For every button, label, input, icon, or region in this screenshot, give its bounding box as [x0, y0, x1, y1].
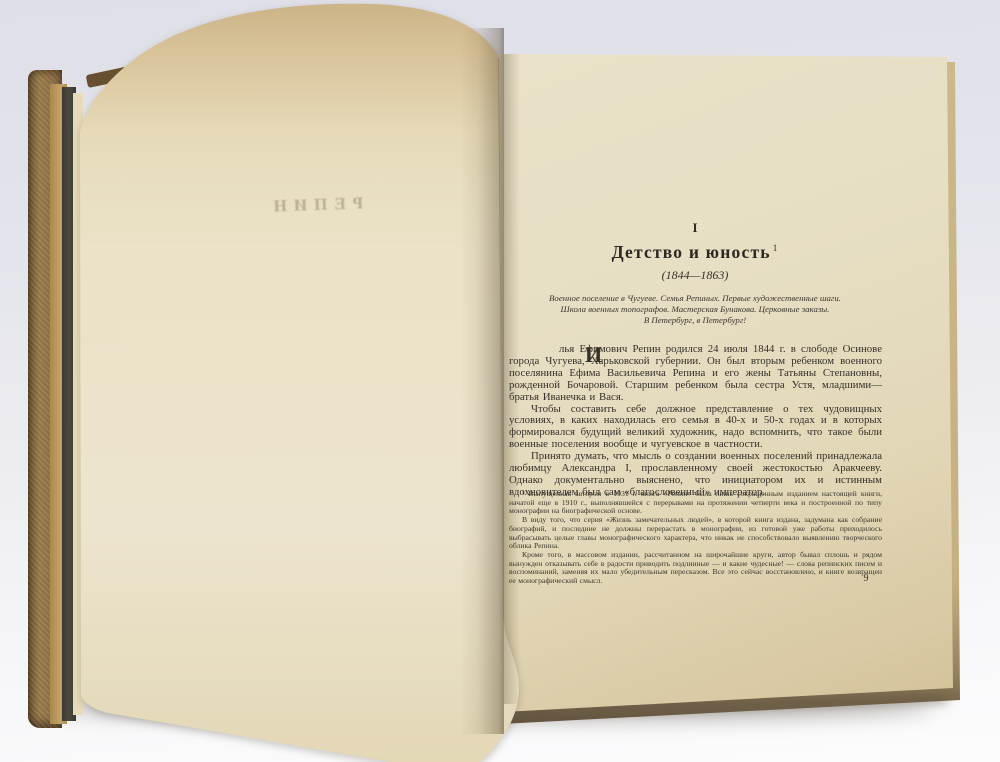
footnote: ¹ Выпущенная автором в 1931 г. книга «Ре… — [509, 490, 882, 586]
epigraph-line: Военное поселение в Чугуеве. Семья Репин… — [545, 293, 845, 304]
paragraph: Илья Ефимович Репин родился 24 июля 1844… — [509, 344, 882, 404]
paragraph: Чтобы составить себе должное представлен… — [509, 404, 882, 452]
epigraph: Военное поселение в Чугуеве. Семья Репин… — [545, 293, 845, 326]
chapter-title-text: Детство и юность — [612, 242, 771, 262]
footnote-paragraph: ¹ Выпущенная автором в 1931 г. книга «Ре… — [509, 490, 882, 516]
body-text: Илья Ефимович Репин родился 24 июля 1844… — [509, 344, 882, 499]
left-page — [60, 0, 520, 762]
epigraph-line: Школа военных топографов. Мастерская Бун… — [545, 304, 845, 315]
photo-background: РЕПИН I Детство и юность1 (1844—1863) Во… — [0, 0, 1000, 762]
left-page-shape — [80, 4, 519, 762]
page-number: 9 — [851, 573, 881, 584]
right-page-content: I Детство и юность1 (1844—1863) Военное … — [505, 52, 885, 712]
chapter-title-footnote-mark: 1 — [773, 243, 779, 253]
footnote-paragraph: Кроме того, в массовом издании, рассчита… — [509, 551, 882, 586]
drop-cap-initial: И — [535, 344, 602, 366]
chapter-number: I — [505, 220, 885, 236]
gutter-shadow — [460, 28, 504, 734]
epigraph-line: В Петербург, в Петербург! — [545, 315, 845, 326]
footnote-paragraph: В виду того, что серия «Жизнь замечатель… — [509, 516, 882, 551]
chapter-years: (1844—1863) — [505, 268, 885, 283]
ghost-title-text: РЕПИН — [248, 193, 383, 226]
chapter-title: Детство и юность1 — [505, 242, 885, 263]
